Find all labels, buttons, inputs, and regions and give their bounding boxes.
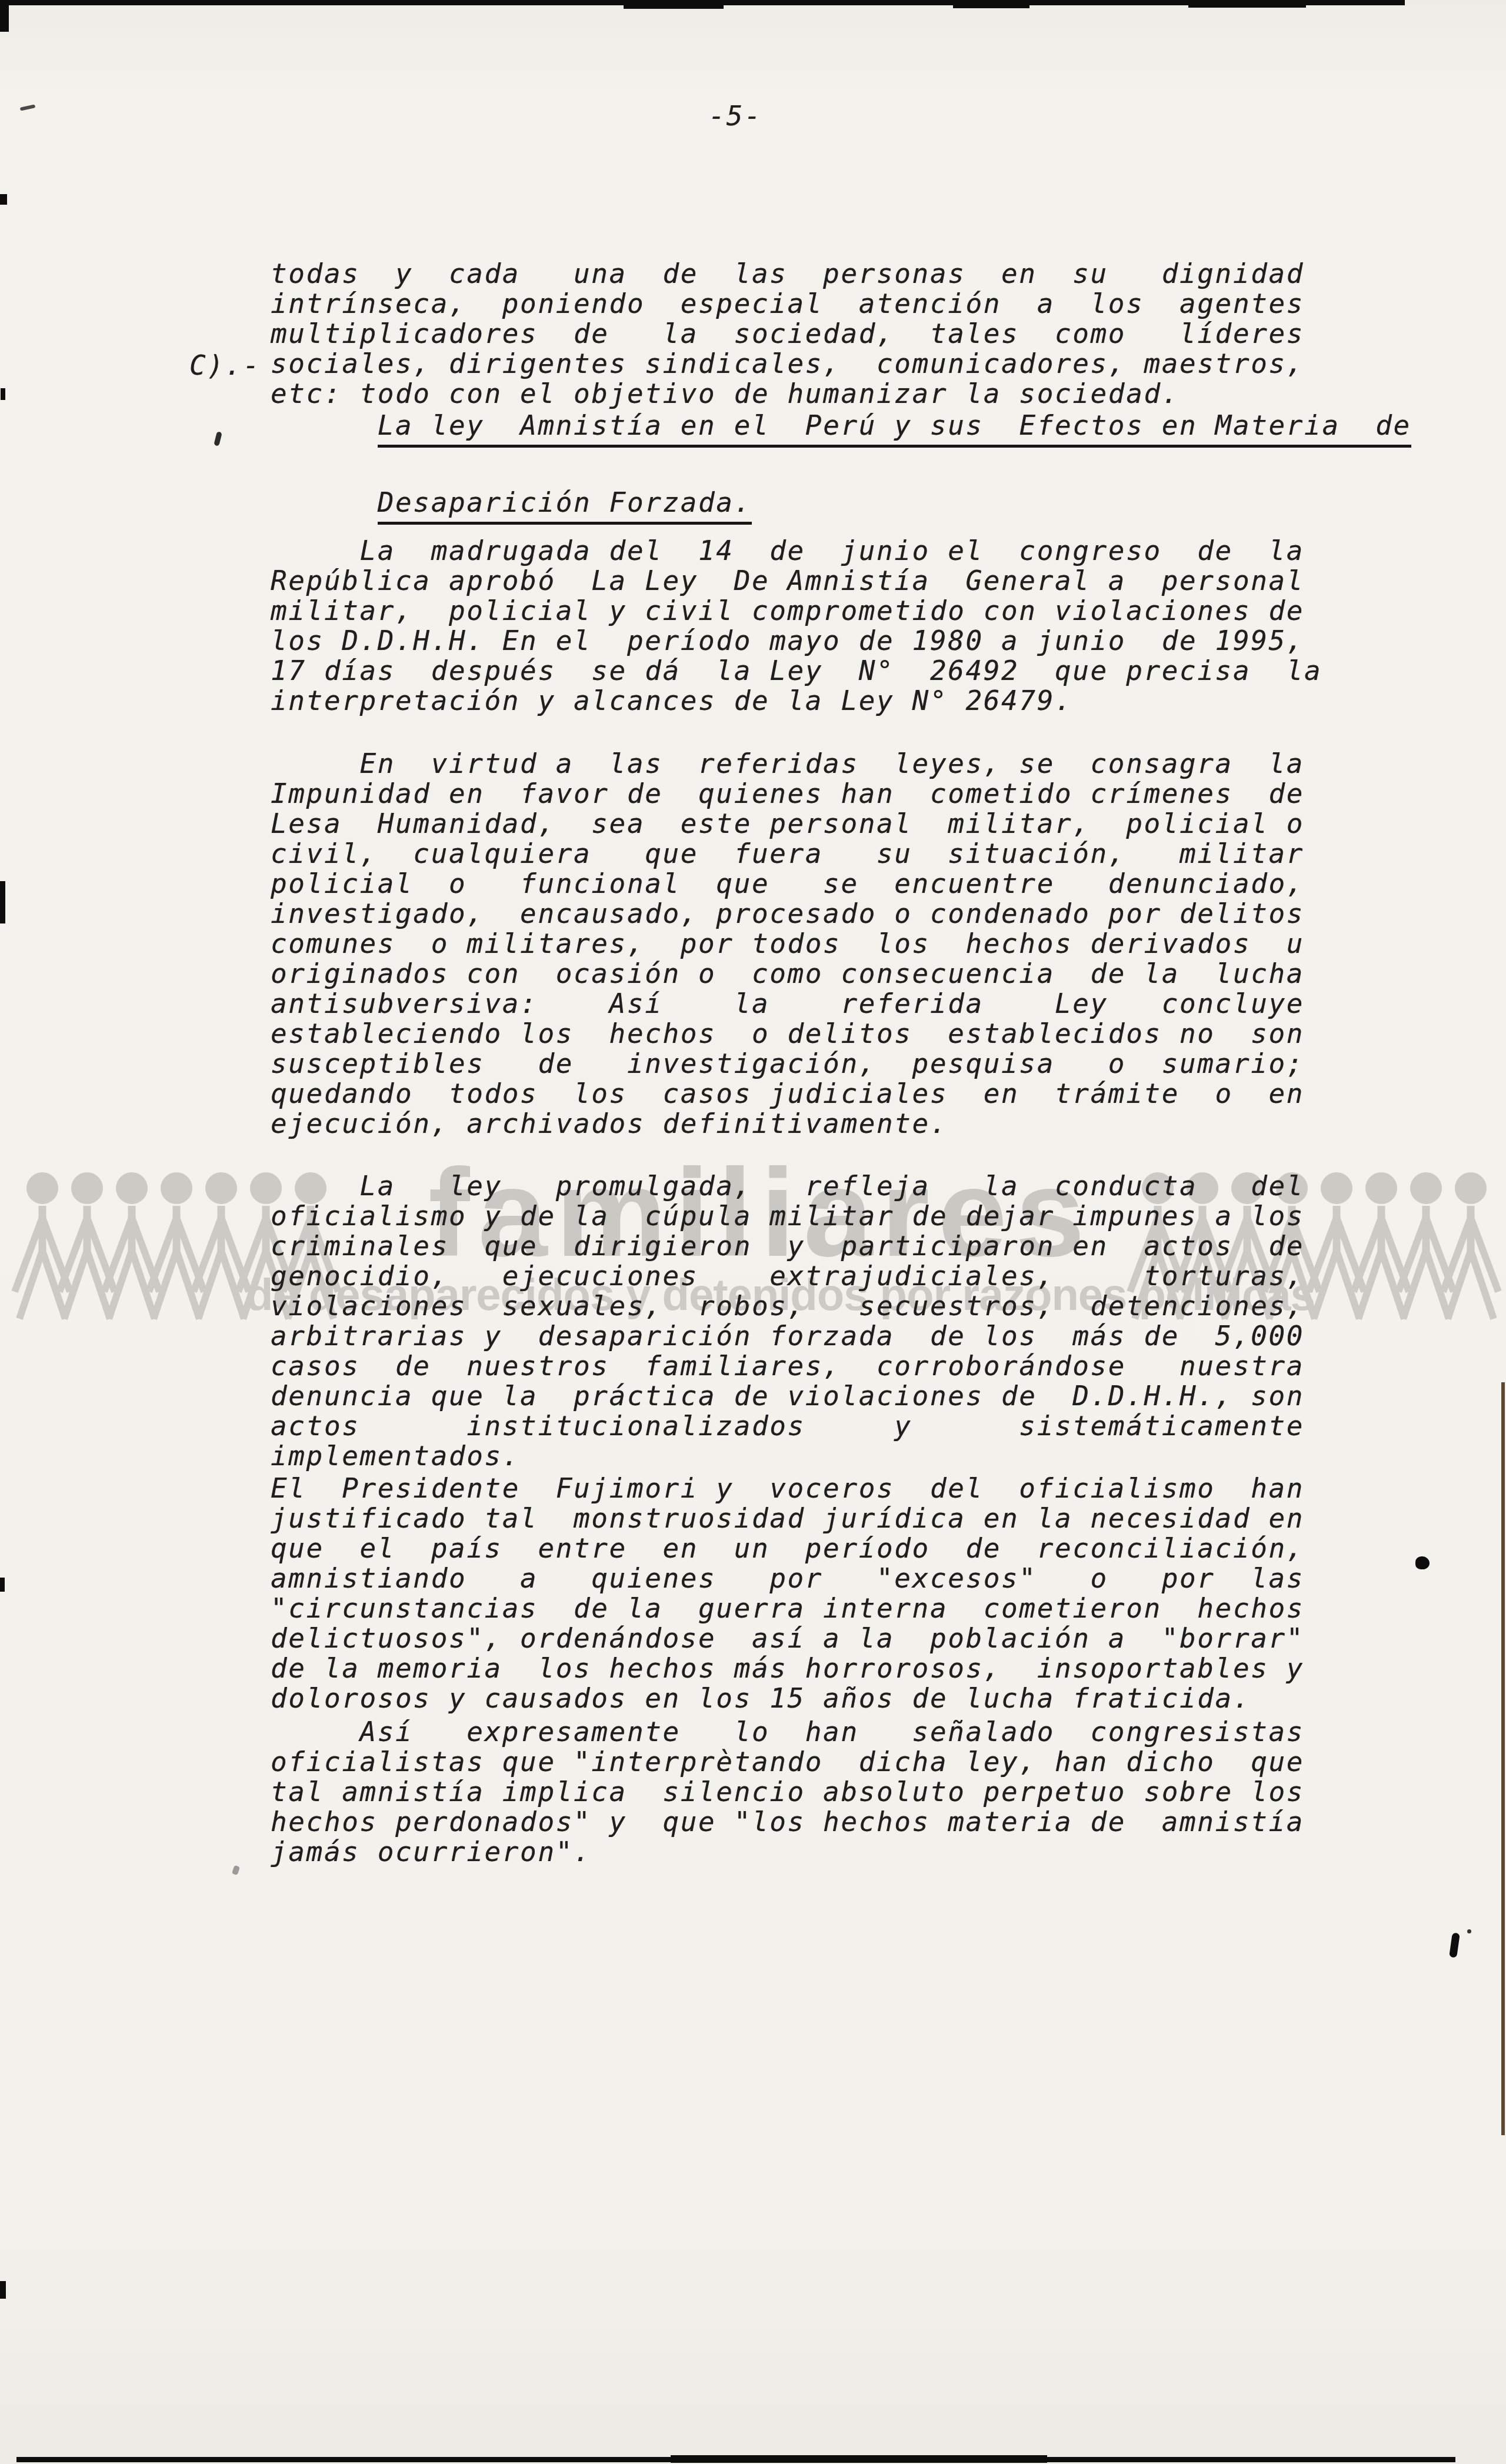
text-line: tal amnistía implica silencio absoluto p… — [271, 1777, 1304, 1807]
text-line: policial o funcional que se encuentre de… — [271, 869, 1304, 899]
document-text: -5- todas y cada una de las personas en … — [0, 0, 1506, 2464]
text-line: casos de nuestros familiares, corroborán… — [271, 1351, 1304, 1381]
text-line: República aprobó La Ley De Amnistía Gene… — [271, 566, 1322, 596]
text-line: originados con ocasión o como consecuenc… — [271, 959, 1304, 989]
scanned-document-page: familiares de desaparecidos y detenidos … — [0, 0, 1506, 2464]
scan-artifact-top-notch — [624, 0, 724, 9]
text-line: multiplicadores de la sociedad, tales co… — [271, 319, 1304, 349]
scan-artifact-pen-dot — [1467, 1929, 1471, 1933]
text-line: genocidio, ejecuciones extrajudiciales, … — [271, 1261, 1304, 1291]
text-line: los D.D.H.H. En el período mayo de 1980 … — [271, 626, 1322, 656]
text-line: comunes o militares, por todos los hecho… — [271, 929, 1304, 959]
scan-artifact-left-edge-mark — [0, 194, 7, 205]
scan-artifact-left-edge-mark — [0, 2281, 6, 2299]
text-line: que el país entre en un período de recon… — [271, 1533, 1304, 1563]
text-line: La madrugada del 14 de junio el congreso… — [271, 536, 1322, 566]
text-line: amnistiando a quienes por "excesos" o po… — [271, 1563, 1304, 1593]
text-line: civil, cualquiera que fuera su situación… — [271, 839, 1304, 869]
text-line: investigado, encausado, procesado o cond… — [271, 899, 1304, 929]
text-line: susceptibles de investigación, pesquisa … — [271, 1049, 1304, 1079]
scan-artifact-left-edge-mark — [0, 881, 5, 923]
scan-artifact-left-edge-mark — [0, 1578, 5, 1592]
text-line: "circunstancias de la guerra interna com… — [271, 1593, 1304, 1623]
text-line: El Presidente Fujimori y voceros del ofi… — [271, 1473, 1304, 1503]
text-line: todas y cada una de las personas en su d… — [271, 259, 1304, 289]
scan-artifact-right-edge-line — [1501, 1382, 1505, 2135]
text-line: oficialismo y de la cúpula militar de de… — [271, 1201, 1304, 1231]
scan-artifact-top-notch — [953, 0, 1029, 8]
scan-artifact-top-notch — [1188, 0, 1306, 8]
text-line: antisubversiva: Así la referida Ley conc… — [271, 989, 1304, 1019]
text-line: criminales que dirigieron y participaron… — [271, 1231, 1304, 1261]
text-line: Así expresamente lo han señalado congres… — [271, 1717, 1304, 1747]
text-line: violaciones sexuales, robos, secuestros,… — [271, 1291, 1304, 1321]
section-heading-line1: La ley Amnistía en el Perú y sus Efectos… — [378, 411, 1411, 448]
text-line: estableciendo los hechos o delitos estab… — [271, 1019, 1304, 1049]
text-line: arbitrarias y desaparición forzada de lo… — [271, 1321, 1304, 1351]
scan-artifact-ink-blob — [1415, 1556, 1430, 1569]
text-line: hechos perdonados" y que "los hechos mat… — [271, 1807, 1304, 1837]
text-line: En virtud a las referidas leyes, se cons… — [271, 749, 1304, 779]
text-line: militar, policial y civil comprometido c… — [271, 596, 1322, 626]
scan-artifact-corner — [0, 0, 9, 32]
text-line: La ley promulgada, refleja la conducta d… — [271, 1171, 1304, 1201]
page-number: -5- — [671, 101, 800, 131]
paragraph-congresistas: Así expresamente lo han señalado congres… — [271, 1627, 1304, 1867]
text-line: oficialistas que "interprètando dicha le… — [271, 1747, 1304, 1777]
section-heading-prefix: C).- — [189, 351, 261, 381]
text-line: Impunidad en favor de quienes han cometi… — [271, 779, 1304, 809]
text-line: intrínseca, poniendo especial atención a… — [271, 289, 1304, 319]
text-line: jamás ocurrieron". — [271, 1837, 1304, 1867]
text-line: justificado tal monstruosidad jurídica e… — [271, 1503, 1304, 1533]
paragraph-en-virtud: En virtud a las referidas leyes, se cons… — [271, 659, 1304, 1139]
scan-artifact-left-edge-mark — [1, 388, 5, 400]
text-line: Lesa Humanidad, sea este personal milita… — [271, 809, 1304, 839]
scan-artifact-bottom-edge — [671, 2455, 1047, 2463]
